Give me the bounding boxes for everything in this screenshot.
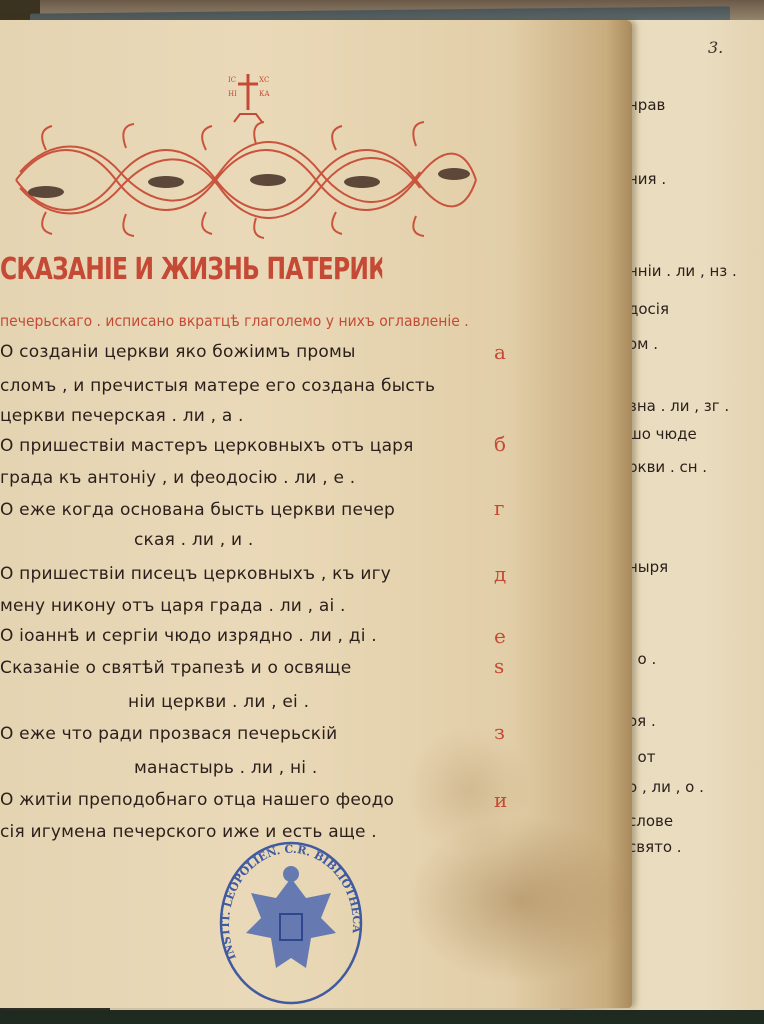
contents-line: О пришествіи писецъ церковныхъ , къ игу	[0, 564, 391, 584]
chapter-number: а	[494, 340, 506, 364]
contents-line: мену никону отъ царя града . ли , аі .	[0, 596, 346, 616]
facing-line: . от	[628, 748, 655, 766]
contents-line: О житіи преподобнаго отца нашего феодо	[0, 790, 394, 810]
facing-line: вна . ли , зг .	[628, 397, 729, 415]
facing-line: нніи . ли , нз .	[628, 262, 737, 280]
chapter-number: г	[494, 496, 504, 520]
contents-line: церкви печерская . ли , а .	[0, 406, 244, 426]
facing-line: оя .	[628, 712, 656, 730]
facing-line: ркви . сн .	[628, 458, 707, 476]
facing-line: досія	[628, 300, 669, 318]
contents-line: ская . ли , и .	[134, 530, 253, 550]
background-surface	[0, 1010, 764, 1024]
contents-line: ніи церкви . ли , еі .	[128, 692, 309, 712]
svg-text:КА: КА	[259, 90, 270, 98]
chapter-number: ѕ	[494, 654, 504, 678]
chapter-number: д	[494, 562, 506, 586]
chapter-number: и	[494, 788, 507, 812]
contents-line: О іоаннѣ и сергіи чюдо изрядно . ли , ді…	[0, 626, 377, 646]
svg-text:ІС: ІС	[228, 76, 236, 84]
contents-line: града къ антоніу , и феодосію . ли , е .	[0, 468, 355, 488]
contents-line: О пришествіи мастеръ церковныхъ отъ царя	[0, 436, 414, 456]
facing-line: шо чюде	[628, 425, 697, 443]
contents-line: О еже когда основана бысть церкви печер	[0, 500, 395, 520]
facing-line: , о .	[628, 650, 656, 668]
facing-line: ом .	[628, 335, 658, 353]
chapter-number: з	[494, 720, 505, 744]
contents-line: манастырь . ли , ні .	[134, 758, 317, 778]
interlace-ornament-icon	[6, 120, 484, 240]
facing-line: слове	[628, 812, 673, 830]
folio-number: 3.	[708, 38, 723, 57]
page-title: СКАЗАНІЕ И ЖИЗНЬ ПАТЕРИКА	[0, 252, 382, 287]
chapter-number: б	[494, 432, 506, 456]
facing-line: свято .	[628, 838, 682, 856]
contents-line: О созданіи церкви яко божіимъ промы	[0, 342, 356, 362]
contents-line: Сказаніе о святѣй трапезѣ и о освяще	[0, 658, 351, 678]
cross-icon: ІС ХС НІ КА	[226, 70, 270, 126]
svg-text:НІ: НІ	[228, 90, 237, 98]
contents-line: О еже что ради прозвася печерьскій	[0, 724, 337, 744]
facing-line: ныря	[628, 558, 668, 576]
library-stamp-icon: INSTIT. LEOPOLIEN. C.R. BIBLIOTHECA	[216, 838, 366, 1008]
facing-line: ния .	[628, 170, 666, 188]
chapter-number: е	[494, 624, 506, 648]
contents-line: сломъ , и пречистыя матере его создана б…	[0, 376, 435, 396]
svg-text:ХС: ХС	[259, 76, 269, 84]
facing-line: о , ли , о .	[628, 778, 704, 796]
facing-line: нрав	[628, 96, 665, 114]
page-subtitle: печерьскаго . иcписано вкратцѣ глаголемо…	[0, 312, 469, 330]
